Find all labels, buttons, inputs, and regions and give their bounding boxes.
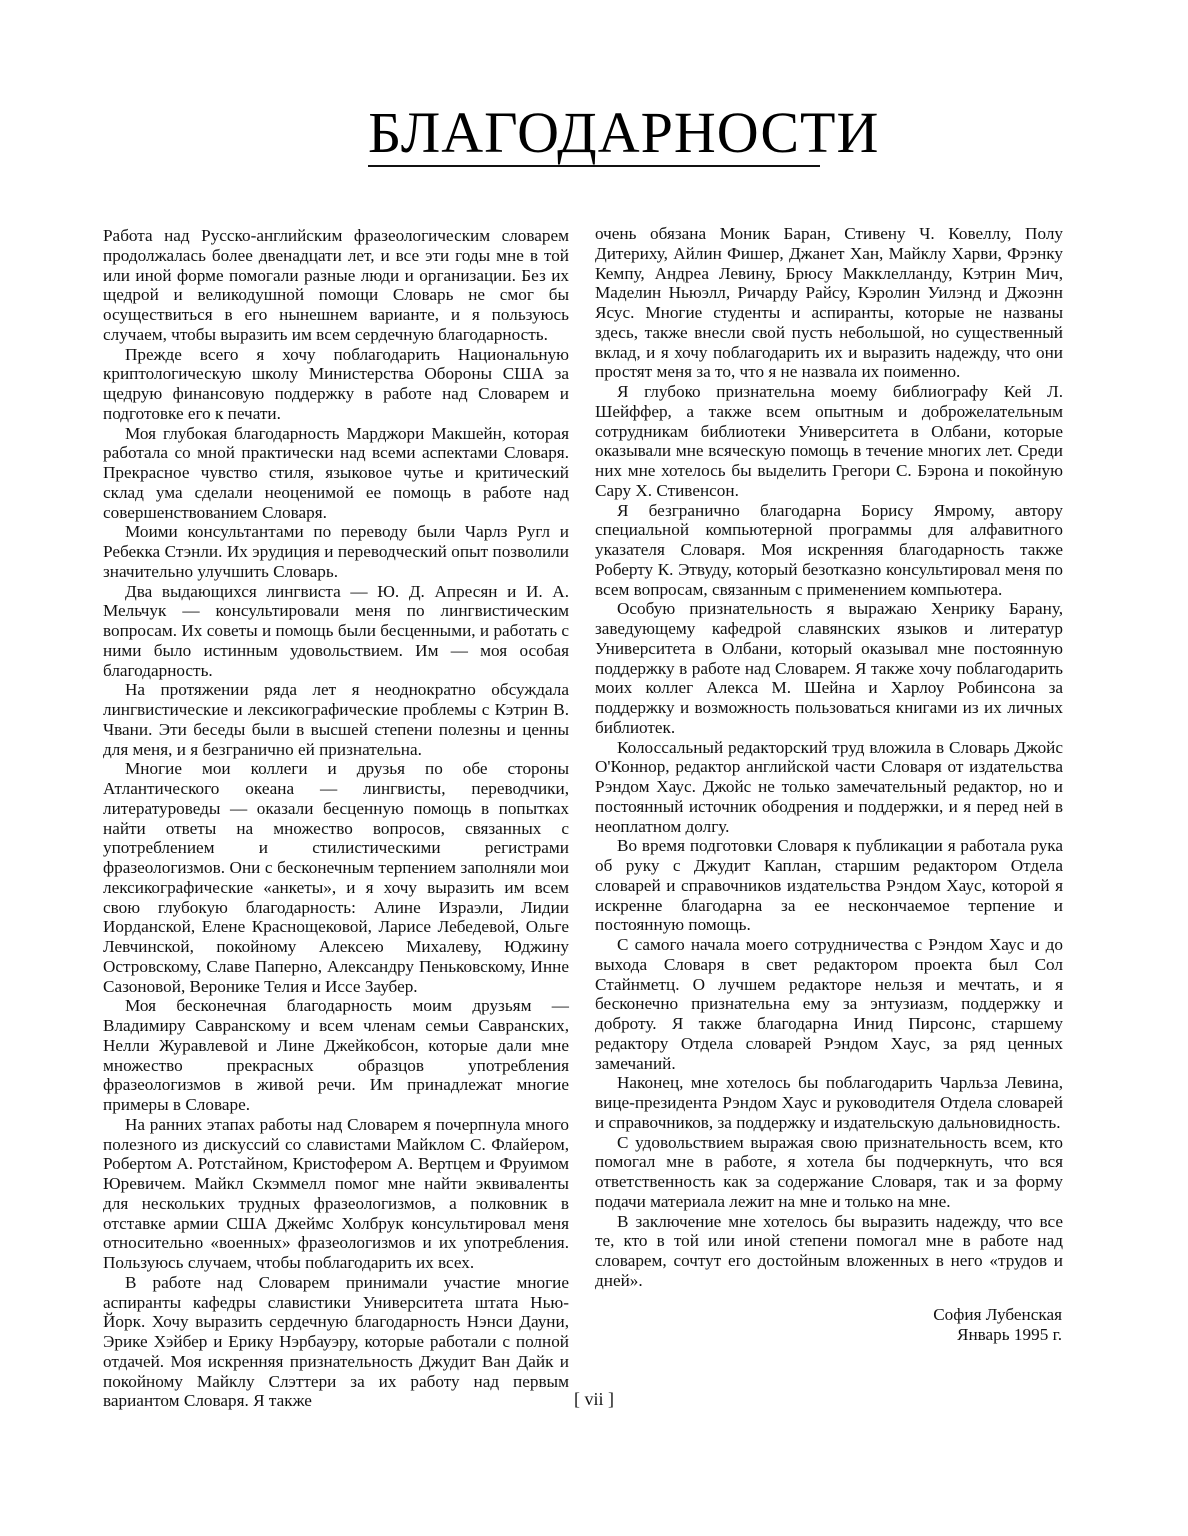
paragraph: В заключение мне хотелось бы выразить на…: [595, 1212, 1063, 1291]
paragraph: Моими консультантами по переводу были Ча…: [103, 522, 569, 581]
paragraph: Работа над Русско-английским фразеологич…: [103, 226, 569, 345]
left-column: Работа над Русско-английским фразеологич…: [103, 226, 569, 1411]
paragraph: На протяжении ряда лет я неоднократно об…: [103, 680, 569, 759]
paragraph: С самого начала моего сотрудничества с Р…: [595, 935, 1063, 1073]
paragraph: Колоссальный редакторский труд вложила в…: [595, 738, 1063, 837]
paragraph: Два выдающихся лингвиста — Ю. Д. Апресян…: [103, 582, 569, 681]
right-column: очень обязана Моник Баран, Стивену Ч. Ко…: [595, 224, 1063, 1291]
author-name: София Лубенская: [933, 1305, 1062, 1325]
paragraph: Многие мои коллеги и друзья по обе сторо…: [103, 759, 569, 996]
signature-date: Январь 1995 г.: [933, 1325, 1062, 1345]
paragraph: Наконец, мне хотелось бы поблагодарить Ч…: [595, 1073, 1063, 1132]
paragraph: С удовольствием выражая свою признательн…: [595, 1133, 1063, 1212]
paragraph: На ранних этапах работы над Словарем я п…: [103, 1115, 569, 1273]
signature-block: София Лубенская Январь 1995 г.: [933, 1305, 1062, 1345]
page-title: БЛАГОДАРНОСТИ: [368, 104, 820, 162]
paragraph: Моя бесконечная благодарность моим друзь…: [103, 996, 569, 1115]
title-underline: [368, 165, 820, 167]
paragraph: Я безгранично благодарна Борису Ямрому, …: [595, 501, 1063, 600]
paragraph: очень обязана Моник Баран, Стивену Ч. Ко…: [595, 224, 1063, 382]
paragraph: Я глубоко признательна моему библиографу…: [595, 382, 1063, 501]
paragraph: Особую признательность я выражаю Хенрику…: [595, 599, 1063, 737]
page-number: [ vii ]: [0, 1389, 1188, 1410]
page-title-block: БЛАГОДАРНОСТИ: [368, 104, 820, 167]
paragraph: Прежде всего я хочу поблагодарить Национ…: [103, 345, 569, 424]
paragraph: Моя глубокая благодарность Марджори Макш…: [103, 424, 569, 523]
paragraph: Во время подготовки Словаря к публикации…: [595, 836, 1063, 935]
